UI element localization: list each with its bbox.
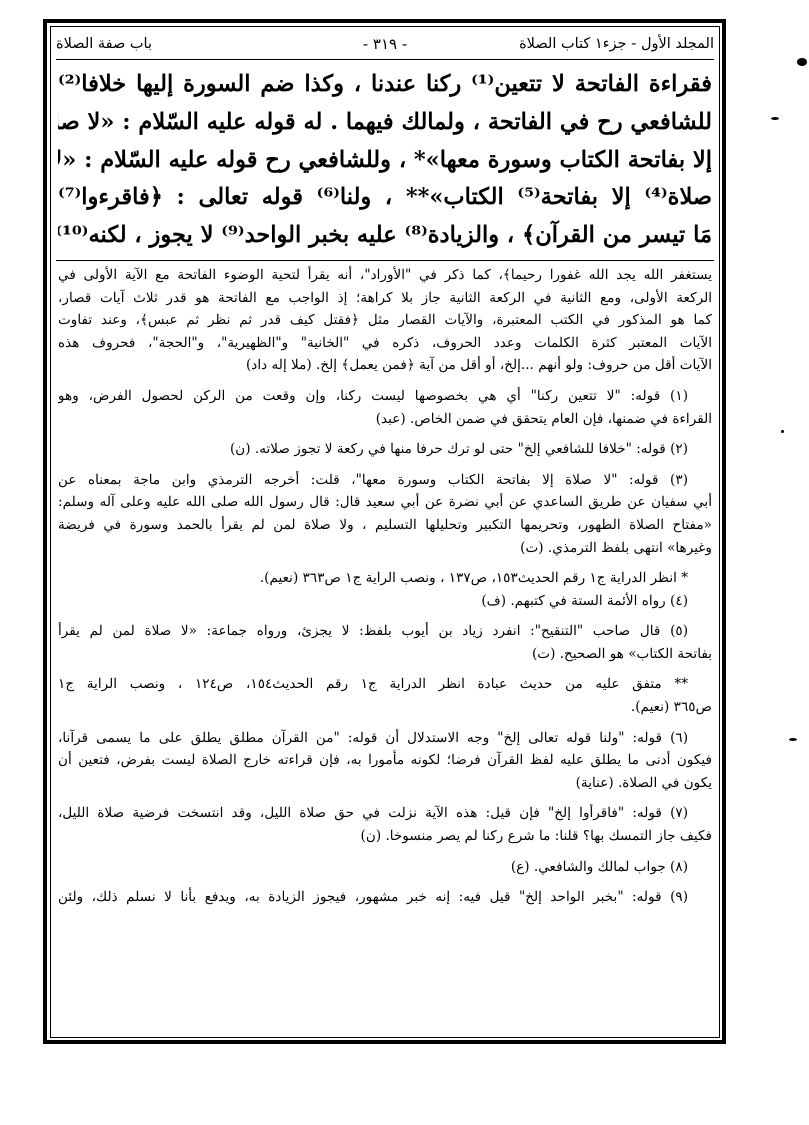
page-number: - ٣١٩ -: [56, 35, 714, 53]
main-text-line: مَا تيسر من القرآن﴾ ، والزيادة⁽⁸⁾ عليه ب…: [58, 217, 712, 255]
scan-speck: [789, 738, 797, 741]
footnote-8: (٨) جواب لمالك والشافعي. (ع): [58, 856, 712, 879]
main-text-line: للشافعي رح في الفاتحة ، ولمالك فيهما . ل…: [58, 104, 712, 142]
main-text-line: فقراءة الفاتحة لا تتعين⁽¹⁾ ركنا عندنا ، …: [58, 66, 712, 104]
footnote-line: يكون في الصلاة. (عناية): [58, 772, 712, 795]
header-rule: [56, 59, 714, 60]
footnote-line: الآيات المعتبر كثرة الكلمات وعدد الحروف،…: [58, 332, 712, 355]
footnote-line: فيكون أدنى ما يطلق عليه لفظ القرآن فرضا؛…: [58, 749, 712, 772]
scan-speck: [797, 58, 807, 66]
scan-speck: [771, 117, 779, 120]
page-header: المجلد الأول - جزء١ كتاب الصلاة - ٣١٩ - …: [56, 30, 714, 58]
footnote-6: (٦) قوله: "ولنا قوله تعالى إلخ" وجه الاس…: [58, 727, 712, 750]
footnote-5: (٥) قال صاحب "التنقيح": انفرد زياد بن أي…: [58, 620, 712, 643]
footnote-line: الآيات أقل من حروف: ولو أنهم ...إلخ، أو …: [58, 354, 712, 377]
scan-speck: [781, 430, 784, 433]
footnotes: يستغفر الله يجد الله غفورا رحيما﴾، كما ذ…: [56, 264, 714, 909]
footnote-line: بفاتحة الكتاب» هو الصحيح. (ت): [58, 643, 712, 666]
book-page: المجلد الأول - جزء١ كتاب الصلاة - ٣١٩ - …: [56, 30, 714, 1034]
footnote-7: (٧) قوله: "فاقرأوا إلخ" فإن قيل: هذه الآ…: [58, 802, 712, 825]
main-text-line: إلا بفاتحة الكتاب وسورة معها»* ، وللشافع…: [58, 142, 712, 180]
footnote-line: «مفتاح الصلاة الطهور، وتحريمها التكبير و…: [58, 514, 712, 537]
footnote-line: يستغفر الله يجد الله غفورا رحيما﴾، كما ذ…: [58, 264, 712, 287]
footnote-line: فكيف جاز التمسك بها؟ قلنا: ما شرع ركنا ل…: [58, 825, 712, 848]
footnote-line: الركعة الأولى، ومع الثانية في الركعة الث…: [58, 287, 712, 310]
footnote-3: (٣) قوله: "لا صلاة إلا بفاتحة الكتاب وسو…: [58, 469, 712, 492]
footnote-line: كما هو المذكور في الكتب المعتبرة، والآيا…: [58, 309, 712, 332]
footnote-1: (١) قوله: "لا تتعين ركنا" أي هي بخصوصها …: [58, 385, 712, 408]
footnote-line: أبي سفيان عن طريق الساعدي عن أبي نضرة عن…: [58, 491, 712, 514]
footnote-separator: [56, 260, 714, 261]
footnote-2: (٢) قوله: "خلافا للشافعي إلخ" حتى لو ترك…: [58, 438, 712, 461]
main-text-line: صلاة⁽⁴⁾ إلا بفاتحة⁽⁵⁾ الكتاب»** ، ولنا⁽⁶…: [58, 179, 712, 217]
main-text: فقراءة الفاتحة لا تتعين⁽¹⁾ ركنا عندنا ، …: [56, 66, 714, 255]
footnote-4: (٤) رواه الأئمة الستة في كتبهم. (ف): [58, 590, 712, 613]
footnote-line: ص٣٦٥ (نعيم).: [58, 696, 712, 719]
footnote-9: (٩) قوله: "بخبر الواحد إلخ" قيل فيه: إنه…: [58, 886, 712, 909]
footnote-line: وغيرها» انتهى بلفظ الترمذي. (ت): [58, 537, 712, 560]
footnote-line: القراءة في ضمنها، فإن العام يتحقق في ضمن…: [58, 408, 712, 431]
footnote-star-1: * انظر الدراية ج١ رقم الحديث١٥٣، ص١٣٧ ، …: [58, 567, 712, 590]
footnote-star-2: ** متفق عليه من حديث عبادة انظر الدراية …: [58, 673, 712, 696]
